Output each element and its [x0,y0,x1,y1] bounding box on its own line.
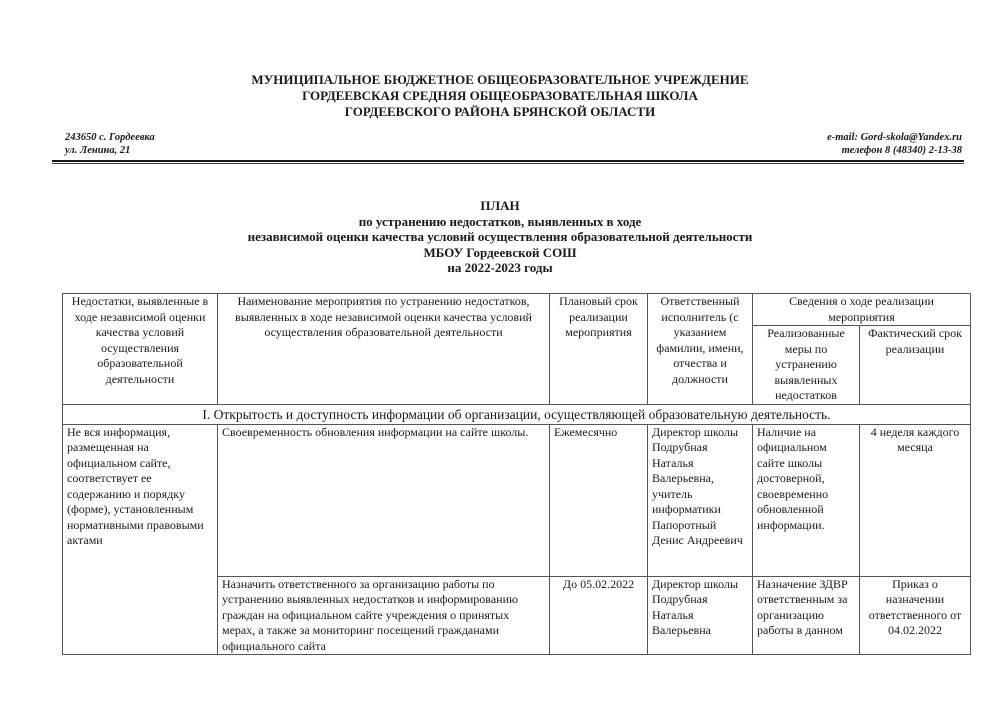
title-line-4: МБОУ Гордеевской СОШ [0,245,1000,261]
responsible-cell: Директор школы Подрубная Наталья Валерье… [648,576,753,655]
header-actual-date: Фактический срок реализации [860,326,971,405]
actual-date-cell: Приказ о назначении ответственного от 04… [860,576,971,655]
header-responsible: Ответственный исполнитель (с указанием ф… [648,294,753,405]
plan-table: Недостатки, выявленные в ходе независимо… [62,293,971,655]
section-row: I. Открытость и доступность информации о… [63,404,971,424]
email: e-mail: Gord-skola@Yandex.ru [827,131,962,144]
header-implemented: Реализованные меры по устранению выявлен… [753,326,860,405]
header-line-3: ГОРДЕЕВСКОГО РАЙОНА БРЯНСКОЙ ОБЛАСТИ [0,104,1000,120]
institution-header: МУНИЦИПАЛЬНОЕ БЮДЖЕТНОЕ ОБЩЕОБРАЗОВАТЕЛЬ… [0,72,1000,120]
postal-address: 243650 с. Гордеевка ул. Ленина, 21 [65,131,155,157]
actual-date-cell: 4 неделя каждого месяца [860,424,971,576]
section-title: I. Открытость и доступность информации о… [63,404,971,424]
title-line-5: на 2022-2023 годы [0,260,1000,276]
header-line-2: ГОРДЕЕВСКАЯ СРЕДНЯЯ ОБЩЕОБРАЗОВАТЕЛЬНАЯ … [0,88,1000,104]
responsible-cell: Директор школы Подрубная Наталья Валерье… [648,424,753,576]
measure-cell: Своевременность обновления информации на… [218,424,550,576]
implemented-cell: Назначение ЗДВР ответственным за организ… [753,576,860,655]
header-measure: Наименование мероприятия по устранению н… [218,294,550,405]
title-line-3: независимой оценки качества условий осущ… [0,229,1000,245]
implemented-cell: Наличие на официальном сайте школы досто… [753,424,860,576]
table-header-row: Недостатки, выявленные в ходе независимо… [63,294,971,326]
measure-cell: Назначить ответственного за организацию … [218,576,550,655]
document-title: ПЛАН по устранению недостатков, выявленн… [0,198,1000,276]
phone: телефон 8 (48340) 2-13-38 [827,144,962,157]
header-deadline: Плановый срок реализации мероприятия [550,294,648,405]
header-shortcomings: Недостатки, выявленные в ходе независимо… [63,294,218,405]
header-progress-group: Сведения о ходе реализации мероприятия [753,294,971,326]
address-line-1: 243650 с. Гордеевка [65,131,155,144]
title-line-1: ПЛАН [0,198,1000,214]
deadline-cell: До 05.02.2022 [550,576,648,655]
deadline-cell: Ежемесячно [550,424,648,576]
title-line-2: по устранению недостатков, выявленных в … [0,214,1000,230]
shortcoming-cell: Не вся информация, размещенная на официа… [63,424,218,655]
table-row: Не вся информация, размещенная на официа… [63,424,971,576]
header-divider-thin [52,163,964,164]
header-line-1: МУНИЦИПАЛЬНОЕ БЮДЖЕТНОЕ ОБЩЕОБРАЗОВАТЕЛЬ… [0,72,1000,88]
address-line-2: ул. Ленина, 21 [65,144,155,157]
header-divider [52,160,964,162]
contact-info: e-mail: Gord-skola@Yandex.ru телефон 8 (… [827,131,962,157]
